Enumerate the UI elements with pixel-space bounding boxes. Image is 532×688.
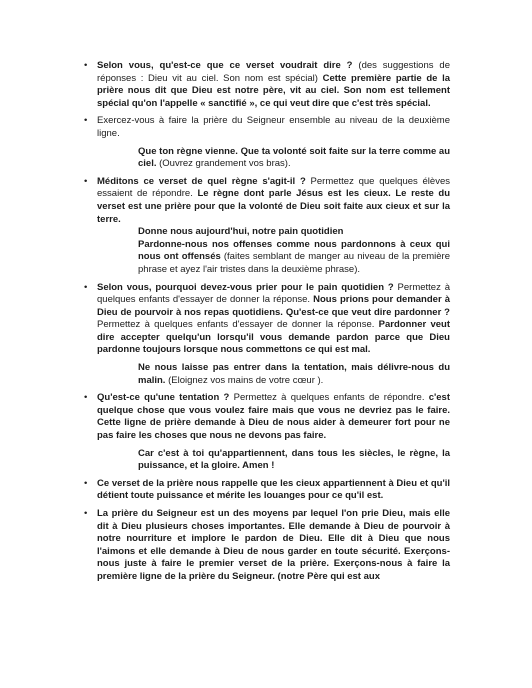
bullet-item: •Exercez-vous à faire la prière du Seign… bbox=[84, 115, 450, 140]
quote-text: Car c'est à toi qu'appartiennent, dans t… bbox=[138, 448, 450, 473]
page-content: •Selon vous, qu'est-ce que ce verset vou… bbox=[84, 60, 450, 584]
bullet-item: •Selon vous, pourquoi devez-vous prier p… bbox=[84, 282, 450, 358]
bullet-marker-icon: • bbox=[84, 115, 97, 128]
bullet-item: •Méditons ce verset de quel règne s'agit… bbox=[84, 176, 450, 226]
bullet-marker-icon: • bbox=[84, 282, 97, 295]
document-page: •Selon vous, qu'est-ce que ce verset vou… bbox=[0, 0, 532, 688]
bullet-text: Selon vous, qu'est-ce que ce verset voud… bbox=[97, 60, 450, 110]
bullet-marker-icon: • bbox=[84, 176, 97, 189]
bullet-item: •Qu'est-ce qu'une tentation ? Permettez … bbox=[84, 392, 450, 442]
bullet-text: Méditons ce verset de quel règne s'agit-… bbox=[97, 176, 450, 226]
quote-text: Que ton règne vienne. Que ta volonté soi… bbox=[138, 146, 450, 171]
bullet-marker-icon: • bbox=[84, 60, 97, 73]
bullet-item: •Selon vous, qu'est-ce que ce verset vou… bbox=[84, 60, 450, 110]
bullet-text: Selon vous, pourquoi devez-vous prier po… bbox=[97, 282, 450, 358]
bullet-text: La prière du Seigneur est un des moyens … bbox=[97, 508, 450, 584]
quote-text: Donne nous aujourd'hui, notre pain quoti… bbox=[138, 226, 450, 276]
bullet-text: Ce verset de la prière nous rappelle que… bbox=[97, 478, 450, 503]
quote-block: Ne nous laisse pas entrer dans la tentat… bbox=[84, 362, 450, 387]
bullet-marker-icon: • bbox=[84, 508, 97, 521]
quote-text: Ne nous laisse pas entrer dans la tentat… bbox=[138, 362, 450, 387]
bullet-marker-icon: • bbox=[84, 392, 97, 405]
quote-block: Donne nous aujourd'hui, notre pain quoti… bbox=[84, 226, 450, 276]
bullet-text: Qu'est-ce qu'une tentation ? Permettez à… bbox=[97, 392, 450, 442]
bullet-item: •La prière du Seigneur est un des moyens… bbox=[84, 508, 450, 584]
bullet-item: •Ce verset de la prière nous rappelle qu… bbox=[84, 478, 450, 503]
quote-block: Car c'est à toi qu'appartiennent, dans t… bbox=[84, 448, 450, 473]
quote-block: Que ton règne vienne. Que ta volonté soi… bbox=[84, 146, 450, 171]
bullet-text: Exercez-vous à faire la prière du Seigne… bbox=[97, 115, 450, 140]
bullet-marker-icon: • bbox=[84, 478, 97, 491]
